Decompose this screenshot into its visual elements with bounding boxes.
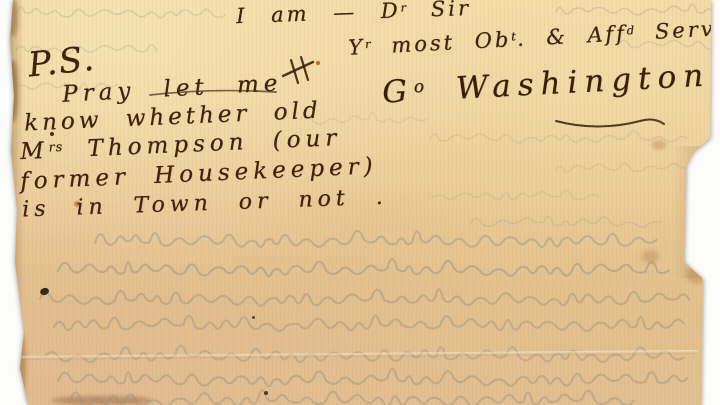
signature-flourish: [556, 120, 664, 127]
letter-paper: I am — Dr Sir Yr most Obt. & Affd Servt …: [0, 0, 720, 405]
ink-marks: [0, 0, 720, 405]
t-cross-stroke: [150, 91, 276, 95]
letter-scan: I am — Dr Sir Yr most Obt. & Affd Servt …: [0, 0, 720, 405]
ink-scribble-mark: [283, 62, 313, 76]
paper-wrapper: I am — Dr Sir Yr most Obt. & Affd Servt …: [0, 0, 720, 405]
ink-scribble-mark: [301, 57, 308, 80]
